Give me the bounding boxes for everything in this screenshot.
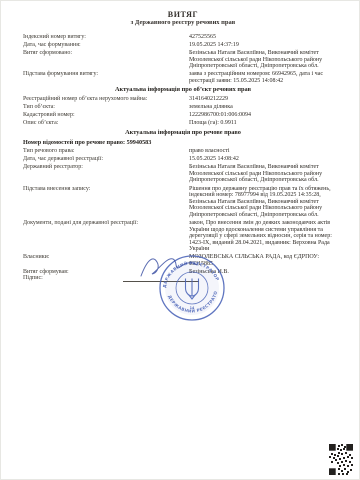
document-title: ВИТЯГ xyxy=(23,10,343,19)
field-label: Державний реєстратор: xyxy=(23,164,189,184)
document-page: ВИТЯГ з Державного реєстру речових прав … xyxy=(0,0,360,480)
record-number-line: Номер відомостей про речове право: 59940… xyxy=(23,139,343,146)
field-row-registration-number: Реєстраційний номер об’єкта нерухомого м… xyxy=(23,96,343,103)
field-row-formation-basis: Підстава формування витягу: заява з реєс… xyxy=(23,71,343,84)
field-value: Безіньська Наталя Василіївна, Виконавчий… xyxy=(189,164,343,184)
field-value: 15.05.2025 14:08:42 xyxy=(189,156,343,163)
field-value: 427525565 xyxy=(189,34,343,41)
field-row-formed-by: Витяг сформовано: Безіньська Наталя Васи… xyxy=(23,50,343,70)
handwritten-signature xyxy=(137,252,201,286)
document-subtitle: з Державного реєстру речових прав xyxy=(23,19,343,27)
section-header-property-right: Актуальна інформація про речове право xyxy=(23,129,343,137)
field-label: Підстава внесення запису: xyxy=(23,186,189,219)
field-label: Реєстраційний номер об’єкта нерухомого м… xyxy=(23,96,189,103)
field-label: Тип об’єкта: xyxy=(23,104,189,111)
field-row-object-description: Опис об’єкта: Площа (га): 0.9911 xyxy=(23,120,343,127)
field-value: закон, Про внесення змін до деяких закон… xyxy=(189,220,343,253)
field-row-object-type: Тип об’єкта: земельна ділянка xyxy=(23,104,343,111)
field-row-submitted-documents: Документи, подані для державної реєстрац… xyxy=(23,220,343,253)
field-row-state-registration-datetime: Дата, час державної реєстрації: 15.05.20… xyxy=(23,156,343,163)
field-label: Кадастровий номер: xyxy=(23,112,189,119)
field-row-index-number: Індексний номер витягу: 427525565 xyxy=(23,34,343,41)
section-header-object: Актуальна інформація про об’єкт речових … xyxy=(23,86,343,94)
field-row-cadastral-number: Кадастровий номер: 1222986700:01:006:009… xyxy=(23,112,343,119)
field-label: Витяг сформовано: xyxy=(23,50,189,70)
field-row-record-basis: Підстава внесення запису: Рішення про де… xyxy=(23,186,343,219)
field-value: Площа (га): 0.9911 xyxy=(189,120,343,127)
field-label: Підстава формування витягу: xyxy=(23,71,189,84)
field-label: Дата, час державної реєстрації: xyxy=(23,156,189,163)
field-row-state-registrar: Державний реєстратор: Безіньська Наталя … xyxy=(23,164,343,184)
field-value: земельна ділянка xyxy=(189,104,343,111)
field-value: право власності xyxy=(189,148,343,155)
field-value: Безіньська Наталя Василіївна, Виконавчий… xyxy=(189,50,343,70)
signature-label: Підпис: xyxy=(23,275,43,281)
stamp-center-number: 14 xyxy=(190,306,195,310)
field-row-right-type: Тип речового права: право власності xyxy=(23,148,343,155)
field-label: Опис об’єкта: xyxy=(23,120,189,127)
field-value: 1222986700:01:006:0094 xyxy=(189,112,343,119)
field-value: Рішення про державну реєстрацію прав та … xyxy=(189,186,343,219)
field-value: заява з реєстраційним номером: 66942965,… xyxy=(189,71,343,84)
field-value: 3141640212229 xyxy=(189,96,343,103)
field-label: Документи, подані для державної реєстрац… xyxy=(23,220,189,253)
field-label: Індексний номер витягу: xyxy=(23,34,189,41)
field-row-formed-datetime: Дата, час формування: 19.05.2025 14:37:1… xyxy=(23,42,343,49)
field-label: Тип речового права: xyxy=(23,148,189,155)
field-label: Дата, час формування: xyxy=(23,42,189,49)
field-value: 19.05.2025 14:37:19 xyxy=(189,42,343,49)
qr-code xyxy=(329,444,353,475)
